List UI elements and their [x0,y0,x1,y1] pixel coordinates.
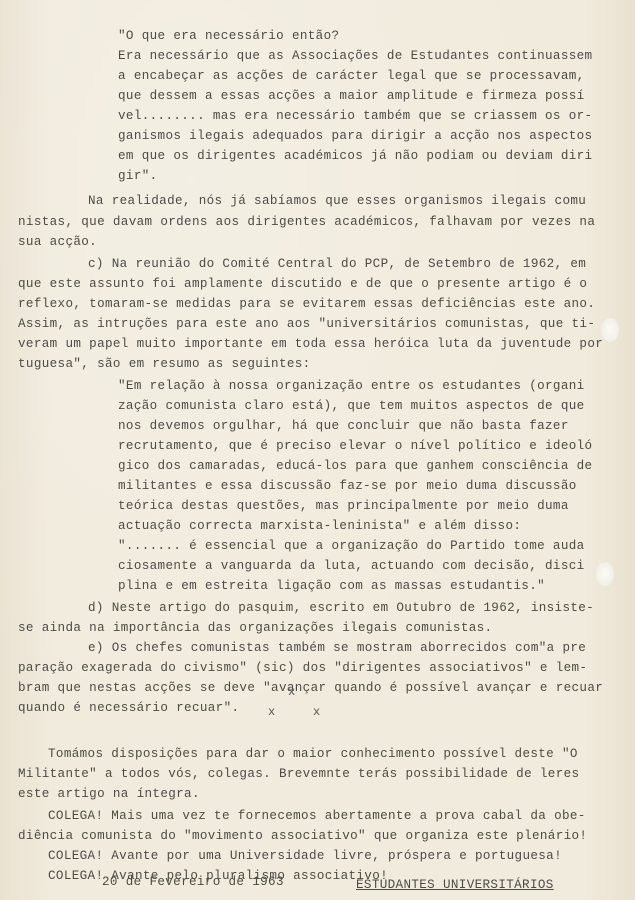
text-line: Na realidade, nós já sabíamos que esses … [88,193,586,209]
text-line: gir". [118,168,158,184]
text-line: ciosamente a vanguarda da luta, actuando… [118,558,585,574]
text-line: gico dos camaradas, educá-los para que g… [118,458,592,474]
punch-hole-top [601,318,619,342]
text-line: veram um papel muito importante em toda … [18,336,603,352]
text-line: se ainda na importância das organizações… [18,620,492,636]
text-line: d) Neste artigo do pasquim, escrito em O… [88,600,594,616]
text-line: plina e em estreita ligação com as massa… [118,578,545,594]
text-line: Militante" a todos vós, colegas. Brevemn… [18,766,579,782]
punch-hole-bottom [596,562,614,586]
text-line: a encabeçar as acções de carácter legal … [118,68,585,84]
text-line: zação comunista claro está), que tem mui… [118,398,585,414]
text-line: reflexo, tomaram-se medidas para se evit… [18,296,595,312]
text-line: este artigo na íntegra. [18,786,200,802]
separator-mark: x [313,705,320,719]
text-line: Era necessário que as Associações de Est… [118,48,592,64]
text-line: diência comunista do "movimento associat… [18,828,587,844]
text-line: ganismos ilegais adequados para dirigir … [118,128,592,144]
text-line: em que os dirigentes académicos já não p… [118,148,592,164]
text-line: nos devemos orgulhar, há que concluir qu… [118,418,569,434]
text-line: bram que nestas acções se deve "avançar … [18,680,603,696]
text-line: "....... é essencial que a organização d… [118,538,585,554]
text-line: actuação correcta marxista-leninista" e … [118,518,521,534]
text-line: COLEGA! Mais uma vez te fornecemos abert… [48,808,586,824]
text-line: c) Na reunião do Comité Central do PCP, … [88,256,586,272]
typewritten-page: "O que era necessário então?Era necessár… [0,0,635,900]
text-line: Tomámos disposições para dar o maior con… [48,746,578,762]
text-line: Assim, as intruções para este ano aos "u… [18,316,595,332]
text-line: paração exagerada do civismo" (sic) dos … [18,660,587,676]
text-line: "Em relação à nossa organização entre os… [118,378,585,394]
text-line: que este assunto foi amplamente discutid… [18,276,587,292]
text-line: teórica destas questões, mas principalme… [118,498,569,514]
text-line: recrutamento, que é preciso elevar o nív… [118,438,592,454]
text-line: militantes e essa discussão faz-se por m… [118,478,577,494]
text-line: quando é necessário recuar". [18,700,239,716]
text-line: tuguesa", são em resumo as seguintes: [18,356,311,372]
text-line: "O que era necessário então? [118,28,339,44]
text-line: vel........ mas era necessário também qu… [118,108,592,124]
document-signature: ESTUDANTES UNIVERSITÁRIOS [356,877,554,893]
separator-mark: x [288,685,295,699]
text-line: que dessem a essas acções a maior amplit… [118,88,585,104]
text-line: e) Os chefes comunistas também se mostra… [88,640,586,656]
separator-mark: x [268,705,275,719]
document-date: 20 de Fevereiro de 1963 [102,874,284,890]
text-line: sua acção. [18,234,97,250]
text-line: nistas, que davam ordens aos dirigentes … [18,214,595,230]
text-line: COLEGA! Avante por uma Universidade livr… [48,848,562,864]
